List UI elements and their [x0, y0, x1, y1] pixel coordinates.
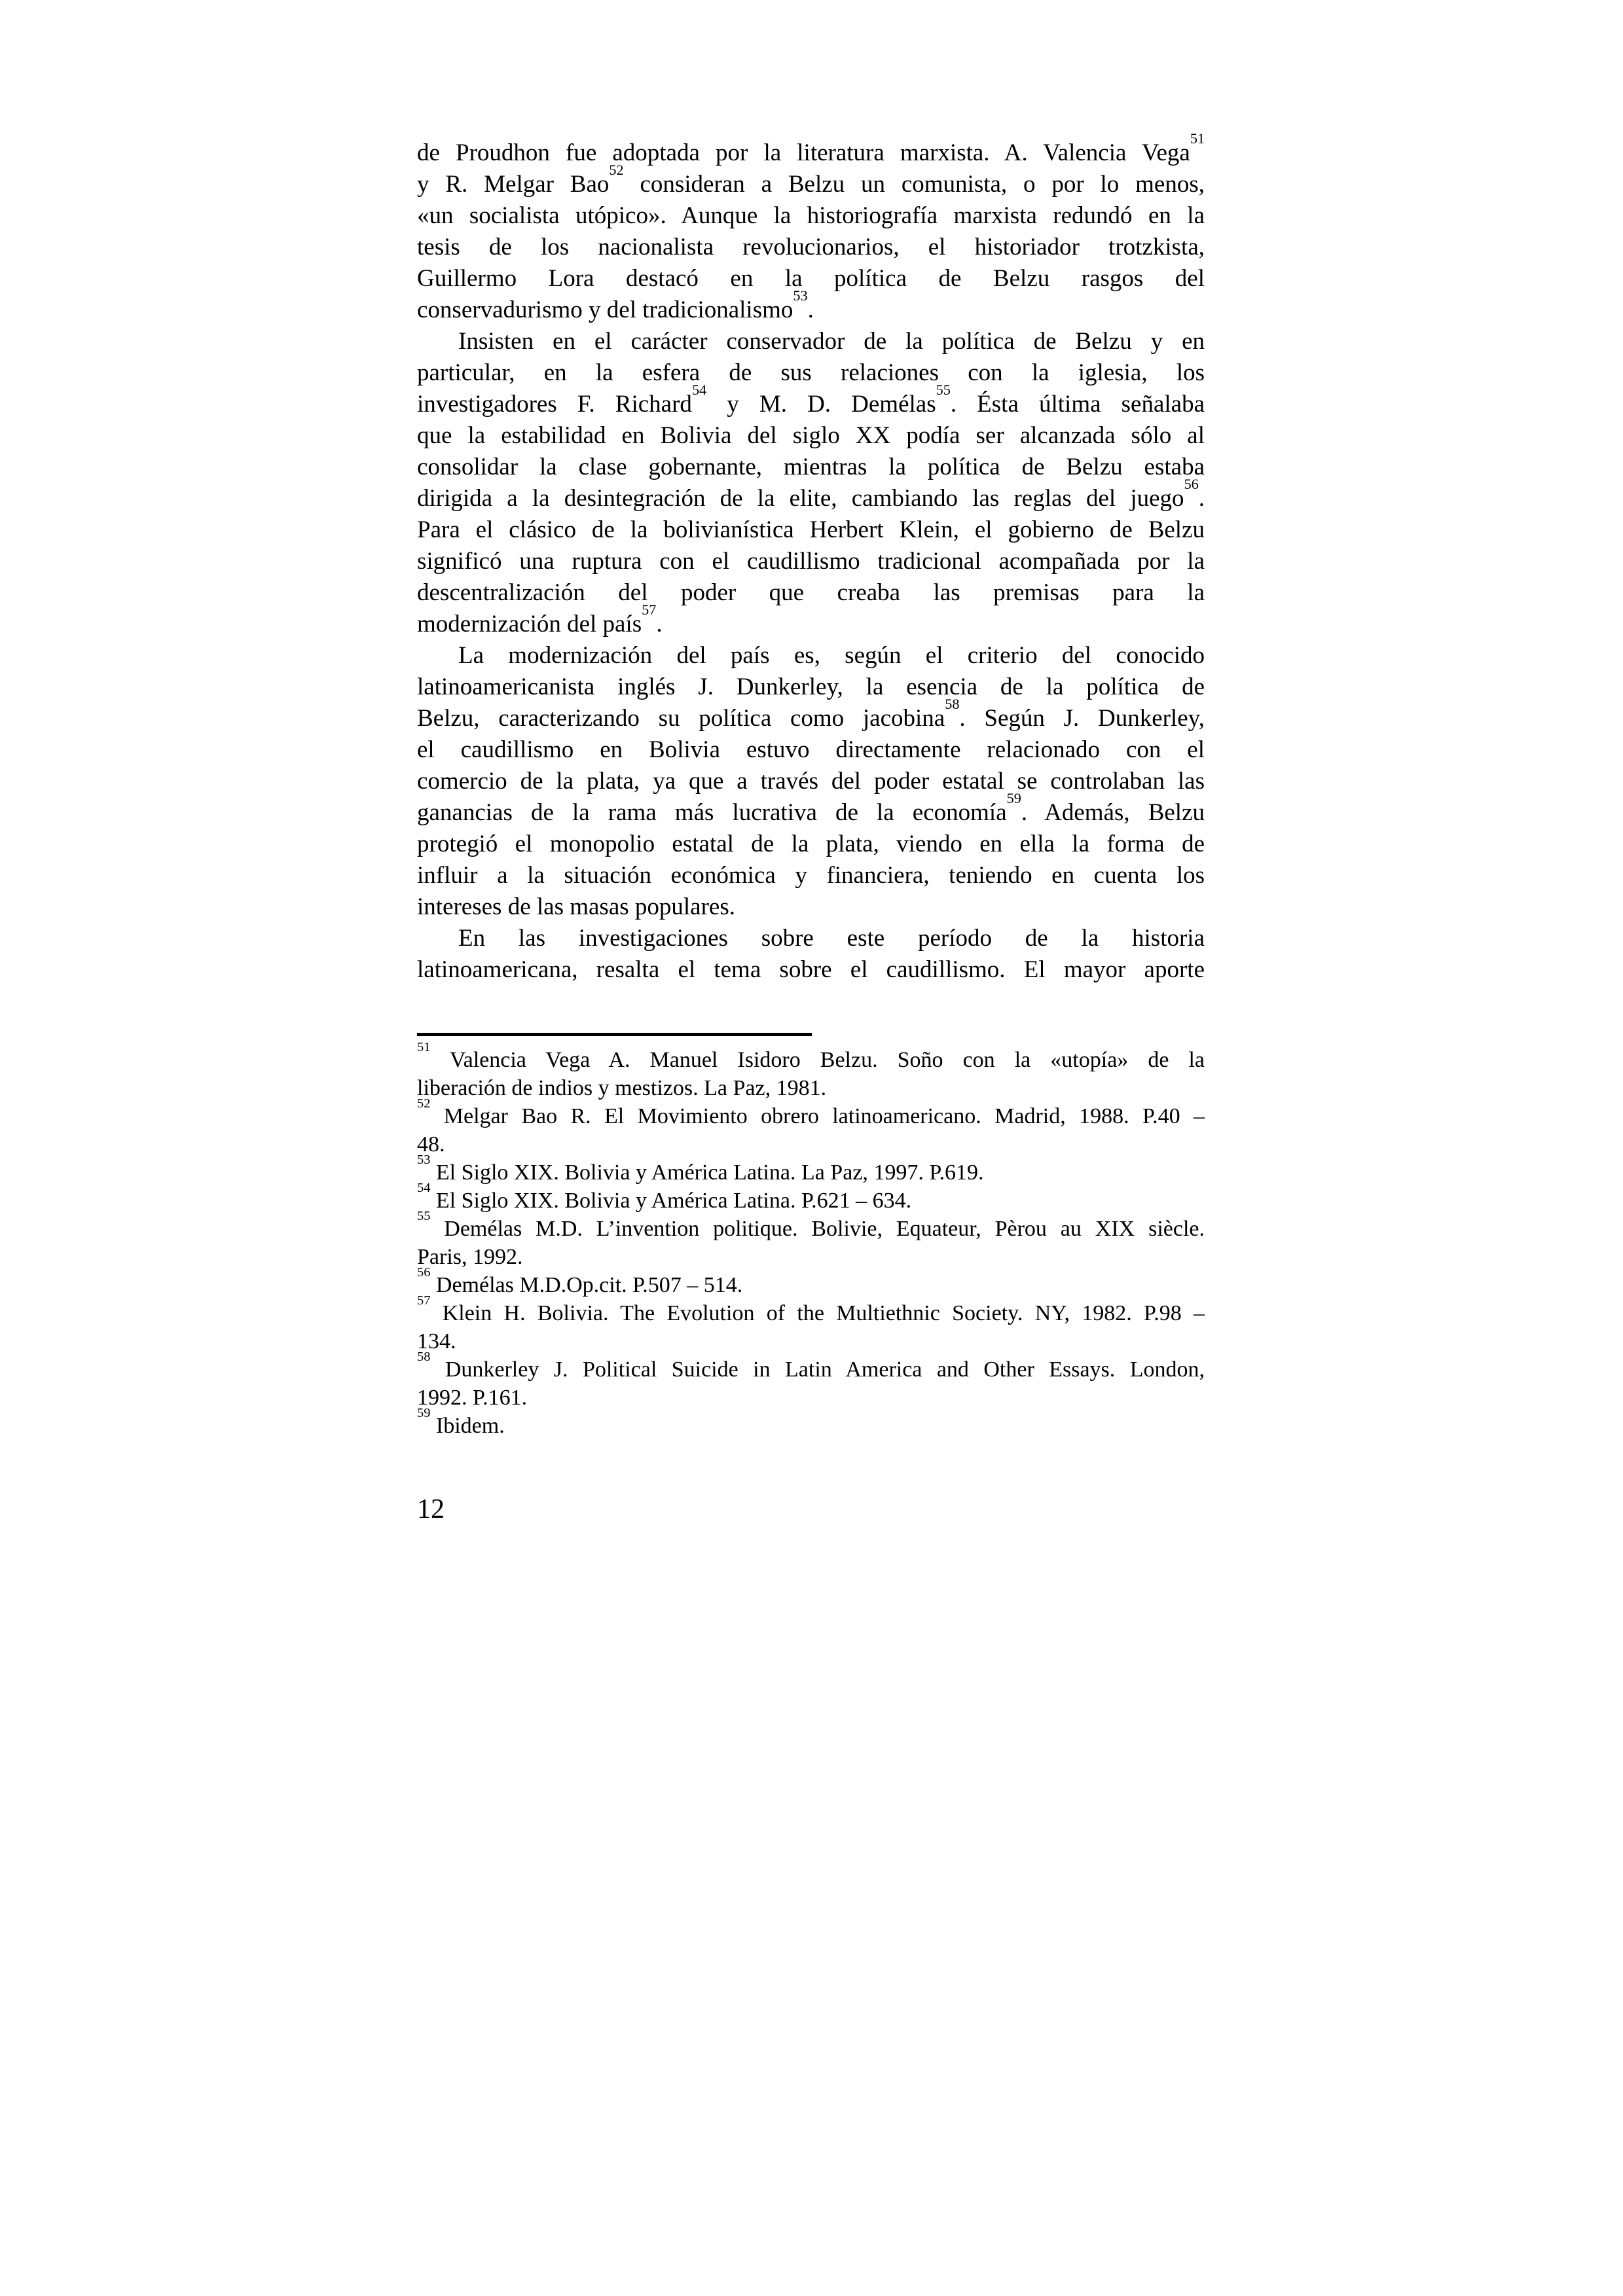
- body-line: que la estabilidad en Bolivia del siglo …: [417, 420, 1205, 452]
- body-line: modernización del país57.: [417, 609, 1205, 640]
- body-line: La modernización del país es, según el c…: [417, 640, 1205, 672]
- footnote-line: 53 El Siglo XIX. Bolivia y América Latin…: [417, 1158, 1205, 1187]
- paragraph: La modernización del país es, según el c…: [417, 640, 1205, 923]
- body-line: intereses de las masas populares.: [417, 891, 1205, 923]
- text-block: de Proudhon fue adoptada por la literatu…: [417, 137, 1205, 1525]
- body-line: protegió el monopolio estatal de la plat…: [417, 829, 1205, 860]
- body-line: descentralización del poder que creaba l…: [417, 577, 1205, 609]
- footnote-ref: 57: [642, 601, 656, 618]
- footnote-line: liberación de indios y mestizos. La Paz,…: [417, 1074, 1205, 1102]
- body-line: «un socialista utópico». Aunque la histo…: [417, 200, 1205, 232]
- footnote-ref: 53: [793, 287, 807, 304]
- footnote-item: 56 Demélas M.D.Op.cit. P.507 – 514.: [417, 1271, 1205, 1299]
- paragraph: En las investigaciones sobre este períod…: [417, 923, 1205, 986]
- body-line: comercio de la plata, ya que a través de…: [417, 766, 1205, 797]
- footnote-line: 55 Demélas M.D. L’invention politique. B…: [417, 1215, 1205, 1243]
- footnote-line: 134.: [417, 1327, 1205, 1355]
- footnote-ref: 52: [417, 1096, 430, 1111]
- footnote-line: 48.: [417, 1130, 1205, 1158]
- footnote-line: 52 Melgar Bao R. El Movimiento obrero la…: [417, 1102, 1205, 1130]
- footnote-line: 54 El Siglo XIX. Bolivia y América Latin…: [417, 1187, 1205, 1215]
- footnote-line: 51 Valencia Vega A. Manuel Isidoro Belzu…: [417, 1046, 1205, 1074]
- footnote-item: 52 Melgar Bao R. El Movimiento obrero la…: [417, 1102, 1205, 1158]
- footnote-line: Paris, 1992.: [417, 1243, 1205, 1271]
- footnote-ref: 58: [945, 696, 959, 712]
- page-number: 12: [417, 1494, 1205, 1525]
- body-line: particular, en la esfera de sus relacion…: [417, 357, 1205, 389]
- body-line: el caudillismo en Bolivia estuvo directa…: [417, 734, 1205, 766]
- footnote-line: 56 Demélas M.D.Op.cit. P.507 – 514.: [417, 1271, 1205, 1299]
- body-text: de Proudhon fue adoptada por la literatu…: [417, 137, 1205, 986]
- body-line: Insisten en el carácter conservador de l…: [417, 326, 1205, 357]
- footnote-ref: 51: [1190, 130, 1205, 147]
- document-page: de Proudhon fue adoptada por la literatu…: [0, 0, 1623, 2296]
- paragraph: Insisten en el carácter conservador de l…: [417, 326, 1205, 640]
- footnote-ref: 57: [417, 1293, 430, 1308]
- footnote-ref: 53: [417, 1153, 430, 1167]
- footnote-item: 55 Demélas M.D. L’invention politique. B…: [417, 1215, 1205, 1271]
- body-line: investigadores F. Richard54 y M. D. Demé…: [417, 389, 1205, 420]
- footnote-item: 51 Valencia Vega A. Manuel Isidoro Belzu…: [417, 1046, 1205, 1102]
- footnote-ref: 51: [417, 1040, 430, 1054]
- body-line: consolidar la clase gobernante, mientras…: [417, 452, 1205, 483]
- body-line: conservadurismo y del tradicionalismo53.: [417, 295, 1205, 326]
- footnote-ref: 58: [417, 1350, 430, 1364]
- body-line: ganancias de la rama más lucrativa de la…: [417, 797, 1205, 829]
- footnote-ref: 54: [692, 382, 706, 398]
- footnote-ref: 56: [417, 1265, 430, 1280]
- body-line: Guillermo Lora destacó en la política de…: [417, 263, 1205, 295]
- body-line: latinoamericanista inglés J. Dunkerley, …: [417, 672, 1205, 703]
- body-line: influir a la situación económica y finan…: [417, 860, 1205, 891]
- footnote-item: 59 Ibidem.: [417, 1412, 1205, 1440]
- body-line: En las investigaciones sobre este períod…: [417, 923, 1205, 954]
- body-line: Para el clásico de la bolivianística Her…: [417, 514, 1205, 546]
- footnote-line: 59 Ibidem.: [417, 1412, 1205, 1440]
- footnote-item: 58 Dunkerley J. Political Suicide in Lat…: [417, 1355, 1205, 1412]
- footnote-item: 57 Klein H. Bolivia. The Evolution of th…: [417, 1299, 1205, 1355]
- footnotes-section: 51 Valencia Vega A. Manuel Isidoro Belzu…: [417, 1046, 1205, 1440]
- footnote-ref: 54: [417, 1181, 430, 1195]
- footnote-ref: 52: [609, 162, 623, 178]
- footnote-ref: 56: [1184, 476, 1199, 492]
- body-line: tesis de los nacionalista revolucionario…: [417, 232, 1205, 263]
- body-line: significó una ruptura con el caudillismo…: [417, 546, 1205, 577]
- footnote-ref: 59: [1007, 790, 1021, 806]
- footnote-line: 58 Dunkerley J. Political Suicide in Lat…: [417, 1355, 1205, 1384]
- footnote-item: 53 El Siglo XIX. Bolivia y América Latin…: [417, 1158, 1205, 1187]
- footnote-line: 1992. P.161.: [417, 1384, 1205, 1412]
- body-line: Belzu, caracterizando su política como j…: [417, 703, 1205, 734]
- footnote-ref: 55: [936, 382, 951, 398]
- footnote-line: 57 Klein H. Bolivia. The Evolution of th…: [417, 1299, 1205, 1327]
- body-line: de Proudhon fue adoptada por la literatu…: [417, 137, 1205, 169]
- body-line: latinoamericana, resalta el tema sobre e…: [417, 954, 1205, 986]
- body-line: dirigida a la desintegración de la elite…: [417, 483, 1205, 514]
- footnote-ref: 55: [417, 1209, 430, 1223]
- footnote-ref: 59: [417, 1406, 430, 1420]
- paragraph: de Proudhon fue adoptada por la literatu…: [417, 137, 1205, 326]
- body-line: y R. Melgar Bao52 consideran a Belzu un …: [417, 169, 1205, 200]
- footnote-item: 54 El Siglo XIX. Bolivia y América Latin…: [417, 1187, 1205, 1215]
- footnote-separator: [417, 1033, 812, 1036]
